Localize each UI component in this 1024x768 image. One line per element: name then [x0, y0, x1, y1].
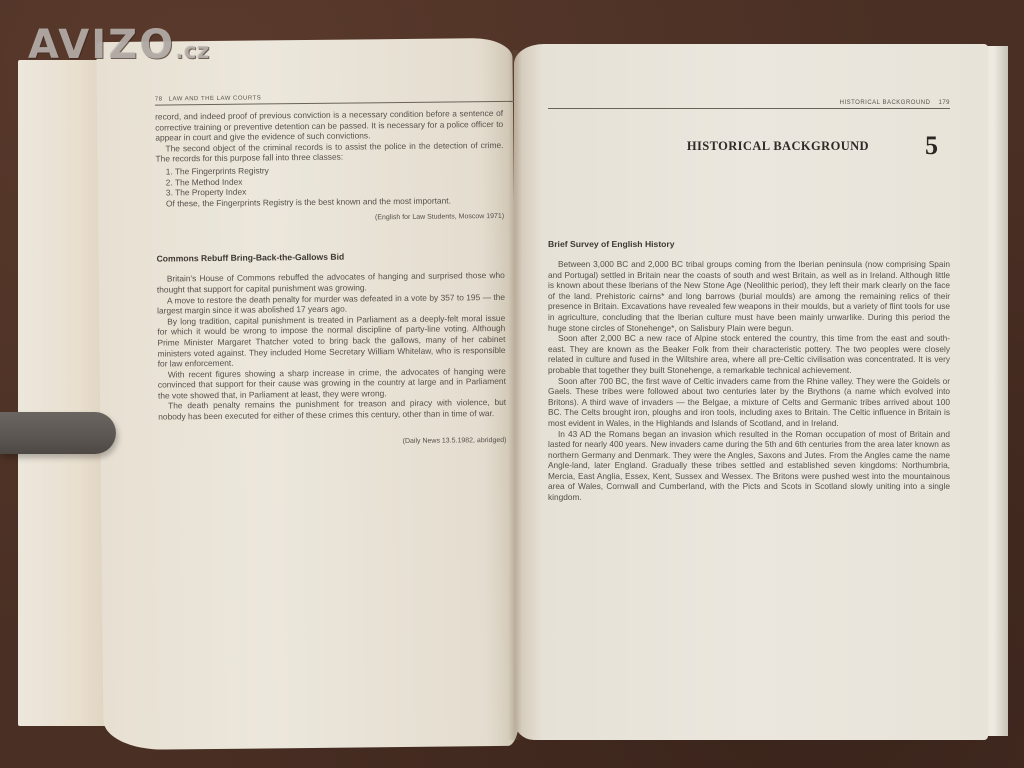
chapter-number: 5: [925, 131, 938, 161]
left-running-title: Law and the Law Courts: [169, 95, 262, 102]
paragraph: The death penalty remains the punishment…: [158, 397, 506, 422]
watermark-logo: AVIZO.cz: [28, 22, 209, 68]
right-body: Between 3,000 BC and 2,000 BC tribal gro…: [548, 259, 950, 503]
left-body: record, and indeed proof of previous con…: [155, 108, 504, 165]
book-gutter: [508, 50, 522, 740]
bookmark-ribbon: [0, 412, 116, 454]
paragraph: In 43 AD the Romans began an invasion wh…: [548, 429, 950, 503]
right-running-title: Historical Background: [840, 100, 931, 106]
paragraph: By long tradition, capital punishment is…: [157, 313, 506, 370]
paragraph: The second object of the criminal record…: [155, 140, 503, 165]
left-running-head: 78 Law and the Law Courts: [155, 93, 515, 106]
right-running-head: Historical Background 179: [548, 100, 950, 109]
right-page: Historical Background 179 HISTORICAL BAC…: [514, 44, 988, 740]
records-list: 1. The Fingerprints Registry 2. The Meth…: [166, 163, 504, 198]
left-page-number: 78: [155, 97, 163, 103]
article-source: (Daily News 13.5.1982, abridged): [158, 437, 506, 448]
paragraph: Soon after 700 BC, the first wave of Cel…: [548, 376, 950, 429]
paragraph: Soon after 2,000 BC a new race of Alpine…: [548, 333, 950, 375]
paragraph: With recent figures showing a sharp incr…: [158, 366, 506, 401]
article-title: Commons Rebuff Bring-Back-the-Gallows Bi…: [157, 250, 505, 264]
article-body: Britain's House of Commons rebuffed the …: [157, 270, 507, 422]
chapter-heading: HISTORICAL BACKGROUND 5: [548, 131, 950, 161]
right-page-number: 179: [938, 100, 950, 106]
paragraph: Between 3,000 BC and 2,000 BC tribal gro…: [548, 259, 950, 333]
section-title: Brief Survey of English History: [548, 239, 950, 249]
paragraph: record, and indeed proof of previous con…: [155, 108, 503, 143]
source-citation: (English for Law Students, Moscow 1971): [156, 213, 504, 224]
left-page: 78 Law and the Law Courts record, and in…: [96, 38, 519, 750]
chapter-title: HISTORICAL BACKGROUND: [687, 139, 869, 154]
